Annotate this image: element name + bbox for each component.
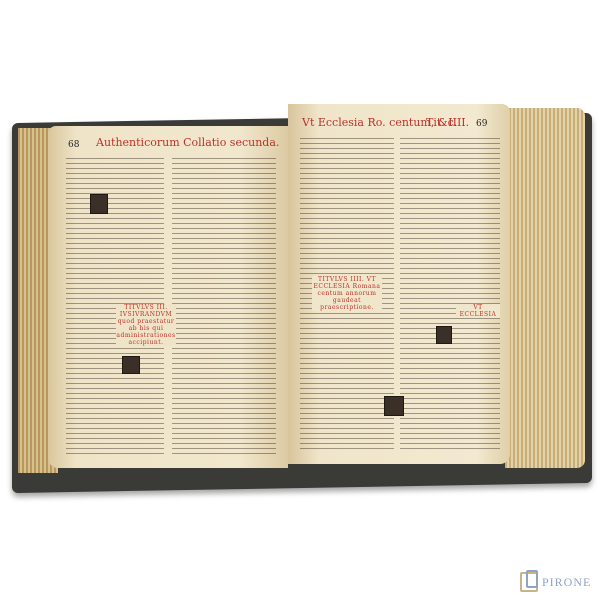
- left-running-head: Authenticorum Collatio secunda.: [96, 136, 279, 149]
- watermark: PIRONE: [520, 572, 591, 592]
- left-rubric: TITVLVS III. IVSIVRANDVM quod praestatur…: [116, 304, 176, 346]
- left-page: 68 Authenticorum Collatio secunda. TITVL…: [48, 126, 288, 468]
- right-folio: 69: [476, 119, 487, 129]
- page-block-right-edge: [505, 108, 585, 468]
- right-page: Vt Ecclesia Ro. centum, &c. Tit. IIII. 6…: [288, 104, 510, 464]
- decorated-initial: [384, 396, 404, 416]
- right-column-2: [400, 138, 500, 452]
- left-folio: 68: [68, 140, 79, 150]
- right-side-note: VT ECCLESIA: [456, 304, 500, 318]
- decorated-initial: [436, 326, 452, 344]
- pirone-logo-icon: [520, 572, 538, 592]
- left-column-2: [172, 158, 276, 458]
- right-title-marker: Tit. IIII.: [426, 116, 469, 129]
- right-rubric: TITVLVS IIII. VT ECCLESIA Romana centum …: [312, 276, 382, 311]
- decorated-initial: [90, 194, 108, 214]
- book-photo: 68 Authenticorum Collatio secunda. TITVL…: [0, 0, 600, 600]
- decorated-initial: [122, 356, 140, 374]
- watermark-text: PIRONE: [542, 575, 591, 590]
